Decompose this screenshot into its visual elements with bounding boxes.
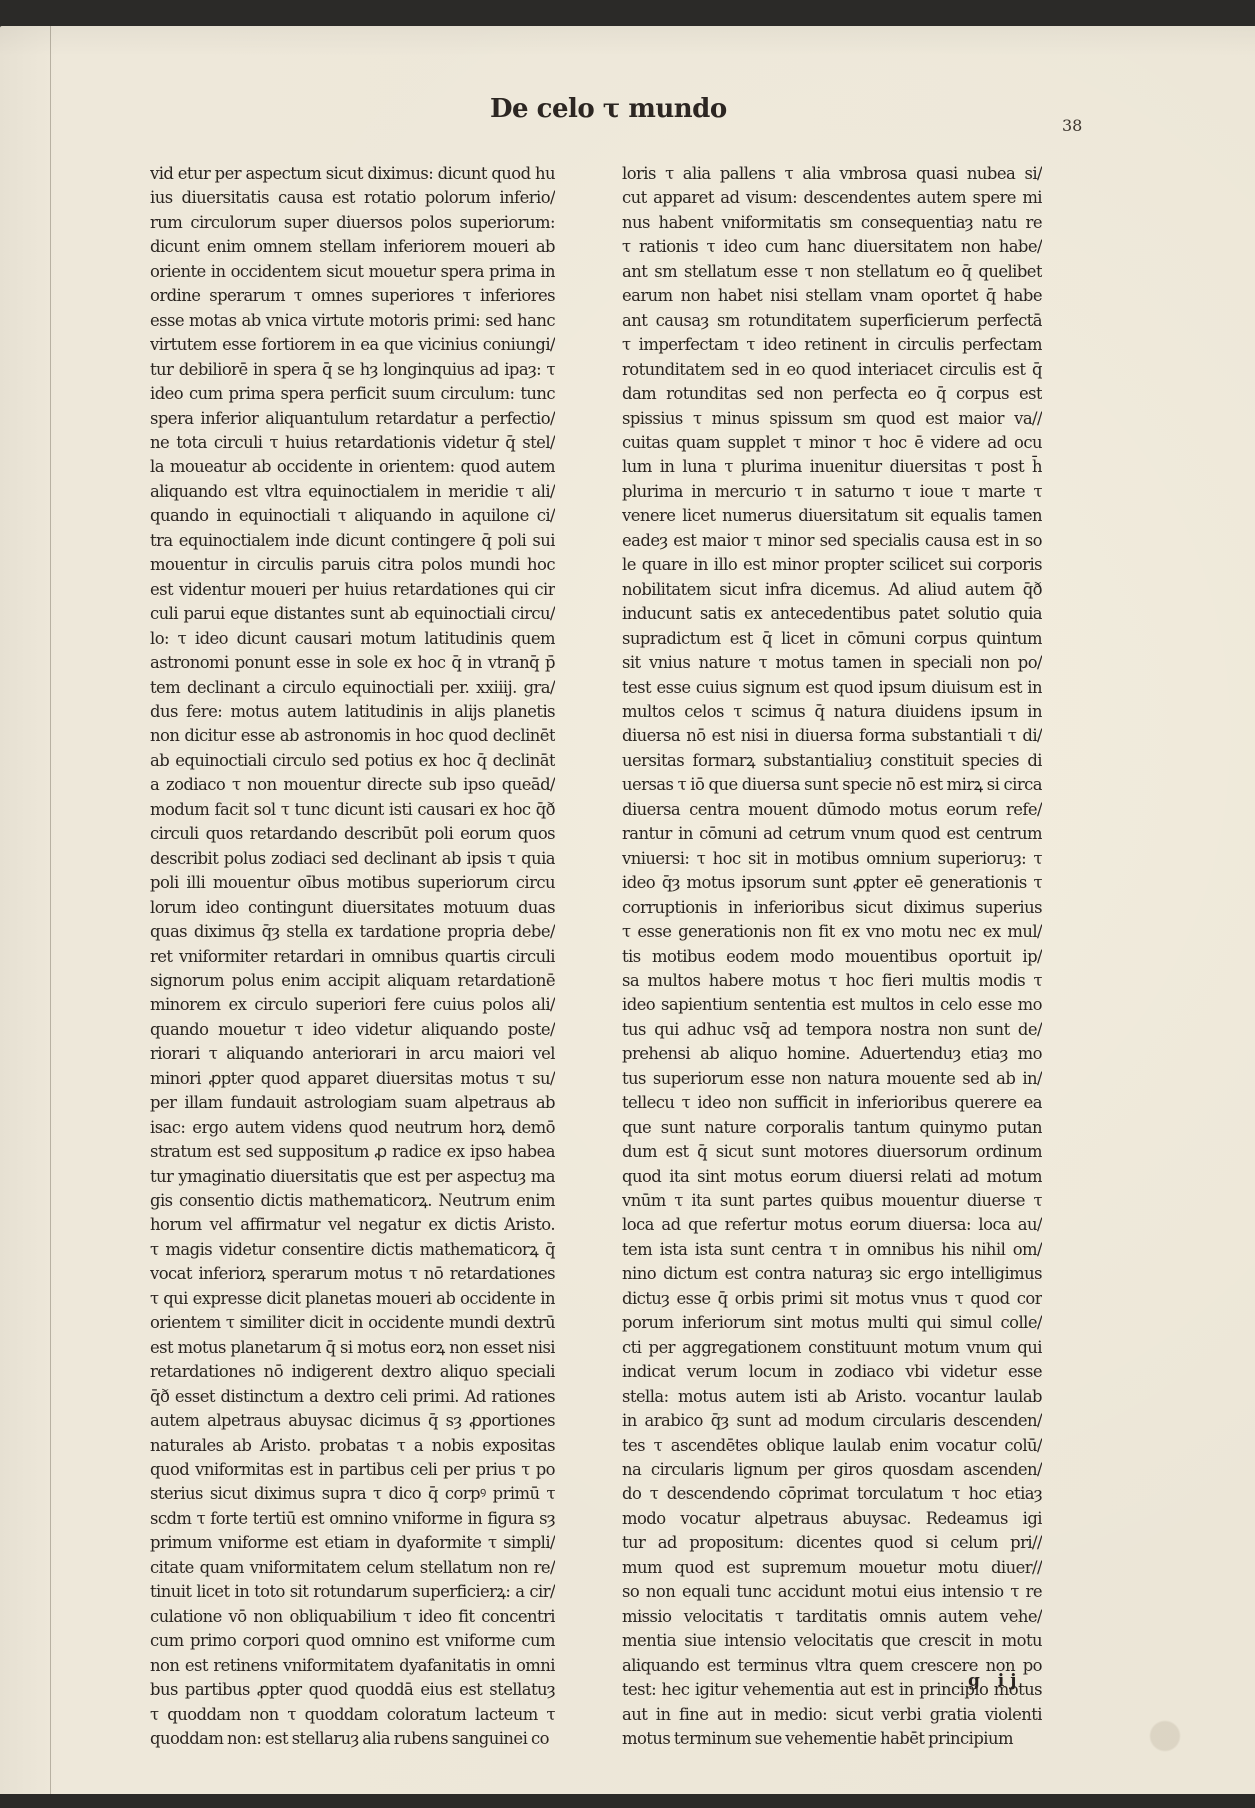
text-line: modum facit sol τ tunc dicunt isti causa… <box>150 798 555 822</box>
text-line: corruptionis in inferioribus sicut dixim… <box>622 896 1042 920</box>
text-line: tem declinant a circulo equinoctiali per… <box>150 676 555 700</box>
text-line: oriente in occidentem sicut mouetur sper… <box>150 260 555 284</box>
text-line: astronomi ponunt esse in sole ex hoc q̄ … <box>150 651 555 675</box>
text-line: que sunt nature corporalis tantum quinym… <box>622 1116 1042 1140</box>
text-line: per illam fundauit astrologiam suam alpe… <box>150 1091 555 1115</box>
text-line: tra equinoctialem inde dicunt contingere… <box>150 529 555 553</box>
text-line: so non equali tunc accidunt motui eius i… <box>622 1580 1042 1604</box>
text-line: quas diximus q̄ȝ stella ex tardatione pr… <box>150 920 555 944</box>
text-line: la moueatur ab occidente in orientem: qu… <box>150 455 555 479</box>
text-line: ius diuersitatis causa est rotatio polor… <box>150 186 555 210</box>
text-line: supradictum est q̄ licet in cōmuni corpu… <box>622 627 1042 651</box>
text-line: earum non habet nisi stellam vnam oporte… <box>622 284 1042 308</box>
left-text-column: vid etur per aspectum sicut diximus: dic… <box>150 162 555 1751</box>
text-line: loca ad que refertur motus eorum diuersa… <box>622 1213 1042 1237</box>
text-line: ideo q̄ȝ motus ipsorum sunt ꝓpter eē gen… <box>622 871 1042 895</box>
text-line: primum vniforme est etiam in dyaformite … <box>150 1531 555 1555</box>
text-line: esse motas ab vnica virtute motoris prim… <box>150 309 555 333</box>
text-line: describit polus zodiaci sed declinant ab… <box>150 847 555 871</box>
text-line: spissius τ minus spissum sm quod est mai… <box>622 407 1042 431</box>
text-line: nobilitatem sicut infra dicemus. Ad aliu… <box>622 578 1042 602</box>
text-line: diuersa nō est nisi in diuersa forma sub… <box>622 724 1042 748</box>
text-line: circuli quos retardando describūt poli e… <box>150 822 555 846</box>
text-line: quando mouetur τ ideo videtur aliquando … <box>150 1018 555 1042</box>
text-line: uersas τ iō que diuersa sunt specie nō e… <box>622 773 1042 797</box>
text-line: minori ꝓpter quod apparet diuersitas mot… <box>150 1067 555 1091</box>
scanned-book-page: De celo τ mundo 38 vid etur per aspectum… <box>0 0 1255 1808</box>
text-line: lum in luna τ plurima inuenitur diuersit… <box>622 455 1042 479</box>
text-line: non est retinens vniformitatem dyafanita… <box>150 1654 555 1678</box>
text-line: motus terminum sue vehementie habēt prin… <box>622 1727 1042 1751</box>
text-line: est motus planetarum q̄ si motus eorꝝ no… <box>150 1336 555 1360</box>
text-line: le quare in illo est minor propter scili… <box>622 553 1042 577</box>
text-line: plurima in mercurio τ in saturno τ ioue … <box>622 480 1042 504</box>
text-line: loris τ alia pallens τ alia vmbrosa quas… <box>622 162 1042 186</box>
text-line: autem alpetraus abuysac dicimus q̄ sȝ ꝓp… <box>150 1409 555 1433</box>
text-line: test esse cuius signum est quod ipsum di… <box>622 676 1042 700</box>
text-line: do τ descendendo cōprimat torculatum τ h… <box>622 1482 1042 1506</box>
paper-leaf: De celo τ mundo 38 vid etur per aspectum… <box>0 26 1255 1796</box>
printer-signature-mark: g ij <box>968 1671 1022 1691</box>
text-line: τ qui expresse dicit planetas moueri ab … <box>150 1287 555 1311</box>
text-line: mum quod est supremum mouetur motu diuer… <box>622 1556 1042 1580</box>
running-head: De celo τ mundo <box>490 94 727 124</box>
text-line: vocat inferiorꝝ sperarum motus τ nō reta… <box>150 1262 555 1286</box>
text-line: cuitas quam supplet τ minor τ hoc ē vide… <box>622 431 1042 455</box>
text-line: scdm τ forte tertiū est omnino vniforme … <box>150 1507 555 1531</box>
text-line: naturales ab Aristo. probatas τ a nobis … <box>150 1434 555 1458</box>
text-line: stella: motus autem isti ab Aristo. voca… <box>622 1385 1042 1409</box>
text-line: aliquando est vltra equinoctialem in mer… <box>150 480 555 504</box>
text-line: a zodiaco τ non mouentur directe sub ips… <box>150 773 555 797</box>
text-line: dus fere: motus autem latitudinis in ali… <box>150 700 555 724</box>
text-line: tur ad propositum: dicentes quod si celu… <box>622 1531 1042 1555</box>
text-line: rotunditatem sed in eo quod interiacet c… <box>622 358 1042 382</box>
text-line: quoddam non: est stellaruȝ alia rubens s… <box>150 1727 555 1751</box>
text-line: vniuersi: τ hoc sit in motibus omnium su… <box>622 847 1042 871</box>
text-line: τ rationis τ ideo cum hanc diuersitatem … <box>622 235 1042 259</box>
text-line: modo vocatur alpetraus abuysac. Redeamus… <box>622 1507 1042 1531</box>
text-line: na circularis lignum per giros quosdam a… <box>622 1458 1042 1482</box>
text-line: gis consentio dictis mathematicorꝝ. Neut… <box>150 1189 555 1213</box>
text-line: cti per aggregationem constituunt motum … <box>622 1336 1042 1360</box>
text-line: aut in fine aut in medio: sicut verbi gr… <box>622 1703 1042 1727</box>
text-line: sa multos habere motus τ hoc fieri multi… <box>622 969 1042 993</box>
text-line: tes τ ascendētes oblique laulab enim voc… <box>622 1434 1042 1458</box>
text-line: citate quam vniformitatem celum stellatu… <box>150 1556 555 1580</box>
text-line: porum inferiorum sint motus multi qui si… <box>622 1311 1042 1335</box>
text-line: tur debiliorē in spera q̄ se hȝ longinqu… <box>150 358 555 382</box>
text-line: multos celos τ scimus q̄ natura diuidens… <box>622 700 1042 724</box>
text-line: τ quoddam non τ quoddam coloratum lacteu… <box>150 1703 555 1727</box>
text-line: spera inferior aliquantulum retardatur a… <box>150 407 555 431</box>
text-line: virtutem esse fortiorem in ea que vicini… <box>150 333 555 357</box>
text-line: minorem ex circulo superiori fere cuius … <box>150 993 555 1017</box>
text-line: lo: τ ideo dicunt causari motum latitudi… <box>150 627 555 651</box>
text-line: nus habent vniformitatis sm consequentia… <box>622 211 1042 235</box>
text-line: ant sm stellatum esse τ non stellatum eo… <box>622 260 1042 284</box>
text-line: dam rotunditas sed non perfecta eo q̄ co… <box>622 382 1042 406</box>
text-line: isac: ergo autem videns quod neutrum hor… <box>150 1116 555 1140</box>
text-line: ideo cum prima spera perficit suum circu… <box>150 382 555 406</box>
text-line: retardationes nō indigerent dextro aliqu… <box>150 1360 555 1384</box>
text-line: ret vniformiter retardari in omnibus qua… <box>150 945 555 969</box>
text-line: inducunt satis ex antecedentibus patet s… <box>622 602 1042 626</box>
text-line: vid etur per aspectum sicut diximus: dic… <box>150 162 555 186</box>
text-line: τ imperfectam τ ideo retinent in circuli… <box>622 333 1042 357</box>
text-line: bus partibus ꝓpter quod quoddā eius est … <box>150 1678 555 1702</box>
text-line: dicunt enim omnem stellam inferiorem mou… <box>150 235 555 259</box>
text-line: stratum est sed suppositum ꝓ radice ex i… <box>150 1140 555 1164</box>
text-line: orientem τ similiter dicit in occidente … <box>150 1311 555 1335</box>
text-line: lorum ideo contingunt diuersitates motuu… <box>150 896 555 920</box>
text-line: tinuit licet in toto sit rotundarum supe… <box>150 1580 555 1604</box>
text-line: quod vniformitas est in partibus celi pe… <box>150 1458 555 1482</box>
folio-number: 38 <box>1062 116 1082 135</box>
text-line: ne tota circuli τ huius retardationis vi… <box>150 431 555 455</box>
text-line: culatione vō non obliquabilium τ ideo fi… <box>150 1605 555 1629</box>
text-line: riorari τ aliquando anteriorari in arcu … <box>150 1042 555 1066</box>
text-line: cut apparet ad visum: descendentes autem… <box>622 186 1042 210</box>
text-line: tur ymaginatio diuersitatis que est per … <box>150 1165 555 1189</box>
text-line: τ magis videtur consentire dictis mathem… <box>150 1238 555 1262</box>
text-line: tis motibus eodem modo mouentibus oportu… <box>622 945 1042 969</box>
text-line: signorum polus enim accipit aliquam reta… <box>150 969 555 993</box>
text-line: eadeȝ est maior τ minor sed specialis ca… <box>622 529 1042 553</box>
text-line: ideo sapientium sententia est multos in … <box>622 993 1042 1017</box>
text-line: indicat verum locum in zodiaco vbi videt… <box>622 1360 1042 1384</box>
text-line: tus qui adhuc vsq̄ ad tempora nostra non… <box>622 1018 1042 1042</box>
text-line: horum vel affirmatur vel negatur ex dict… <box>150 1213 555 1237</box>
text-line: cum primo corpori quod omnino est vnifor… <box>150 1629 555 1653</box>
text-line: sit vnius nature τ motus tamen in specia… <box>622 651 1042 675</box>
right-text-column: loris τ alia pallens τ alia vmbrosa quas… <box>622 162 1042 1751</box>
binding-gutter-line <box>50 26 51 1796</box>
text-line: prehensi ab aliquo homine. Aduertenduȝ e… <box>622 1042 1042 1066</box>
text-line: missio velocitatis τ tarditatis omnis au… <box>622 1605 1042 1629</box>
text-line: ab equinoctiali circulo sed potius ex ho… <box>150 749 555 773</box>
text-line: dictuȝ esse q̄ orbis primi sit motus vnu… <box>622 1287 1042 1311</box>
text-line: tellecu τ ideo non sufficit in inferiori… <box>622 1091 1042 1115</box>
text-line: est videntur moueri per huius retardatio… <box>150 578 555 602</box>
text-line: in arabico q̄ȝ sunt ad modum circularis … <box>622 1409 1042 1433</box>
text-line: dum est q̄ sicut sunt motores diuersorum… <box>622 1140 1042 1164</box>
text-line: nino dictum est contra naturaȝ sic ergo … <box>622 1262 1042 1286</box>
text-line: mentia siue intensio velocitatis que cre… <box>622 1629 1042 1653</box>
scan-bottom-edge <box>0 1794 1255 1808</box>
text-line: rum circulorum super diuersos polos supe… <box>150 211 555 235</box>
text-line: quando in equinoctiali τ aliquando in aq… <box>150 504 555 528</box>
text-line: τ esse generationis non fit ex vno motu … <box>622 920 1042 944</box>
text-line: culi parui eque distantes sunt ab equino… <box>150 602 555 626</box>
text-line: vnūm τ ita sunt partes quibus mouentur d… <box>622 1189 1042 1213</box>
text-line: tem ista ista sunt centra τ in omnibus h… <box>622 1238 1042 1262</box>
text-line: tus superiorum esse non natura mouente s… <box>622 1067 1042 1091</box>
text-line: ant causaȝ sm rotunditatem superficierum… <box>622 309 1042 333</box>
text-line: quod ita sint motus eorum diuersi relati… <box>622 1165 1042 1189</box>
text-line: diuersa centra mouent dūmodo motus eorum… <box>622 798 1042 822</box>
text-line: non dicitur esse ab astronomis in hoc qu… <box>150 724 555 748</box>
text-line: sterius sicut diximus supra τ dico q̄ co… <box>150 1482 555 1506</box>
text-line: rantur in cōmuni ad cetrum vnum quod est… <box>622 822 1042 846</box>
text-line: q̄ð esset distinctum a dextro celi primi… <box>150 1385 555 1409</box>
text-line: ordine sperarum τ omnes superiores τ inf… <box>150 284 555 308</box>
text-line: uersitas formarꝝ substantialiuȝ constitu… <box>622 749 1042 773</box>
text-line: venere licet numerus diuersitatum sit eq… <box>622 504 1042 528</box>
text-line: mouentur in circulis paruis citra polos … <box>150 553 555 577</box>
text-line: poli illi mouentur oībus motibus superio… <box>150 871 555 895</box>
